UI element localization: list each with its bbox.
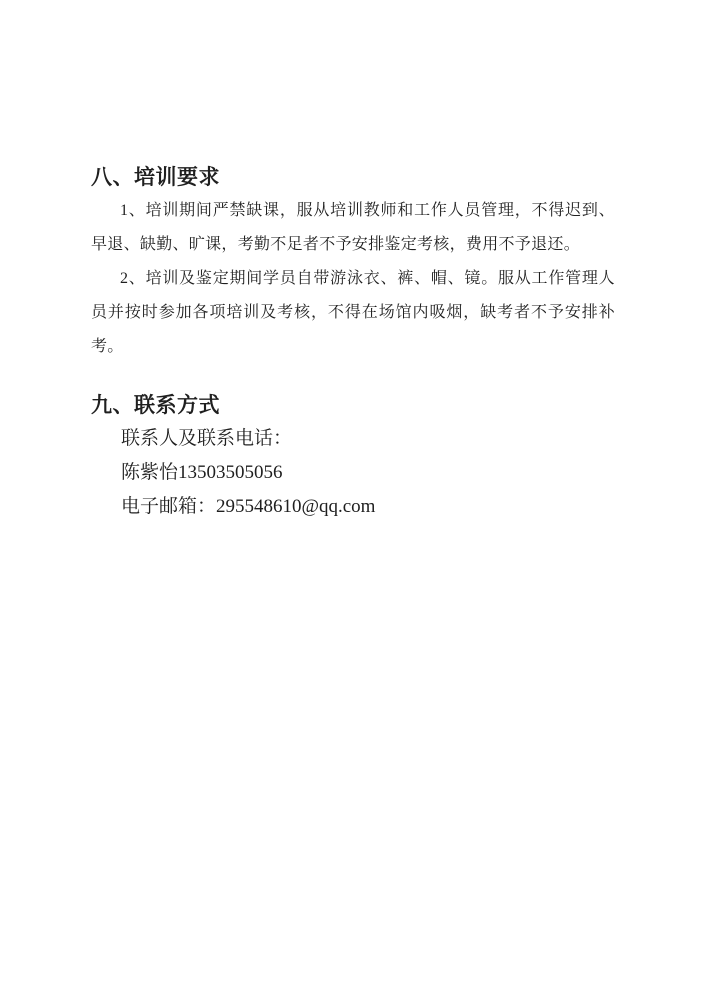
paragraph-training-rule-2: 2、培训及鉴定期间学员自带游泳衣、裤、帽、镜。服从工作管理人员并按时参加各项培训…: [91, 262, 615, 364]
contact-label-line: 联系人及联系电话：: [91, 422, 615, 456]
document-page: 八、培训要求 1、培训期间严禁缺课，服从培训教师和工作人员管理，不得迟到、早退、…: [0, 0, 702, 993]
section-heading-contact-info: 九、联系方式: [91, 388, 615, 422]
paragraph-training-rule-1: 1、培训期间严禁缺课，服从培训教师和工作人员管理，不得迟到、早退、缺勤、旷课，考…: [91, 194, 615, 262]
contact-email-line: 电子邮箱：295548610@qq.com: [91, 490, 615, 524]
document-content: 八、培训要求 1、培训期间严禁缺课，服从培训教师和工作人员管理，不得迟到、早退、…: [91, 160, 615, 524]
contact-person-phone-line: 陈紫怡13503505056: [91, 456, 615, 490]
section-heading-training-requirements: 八、培训要求: [91, 160, 615, 194]
